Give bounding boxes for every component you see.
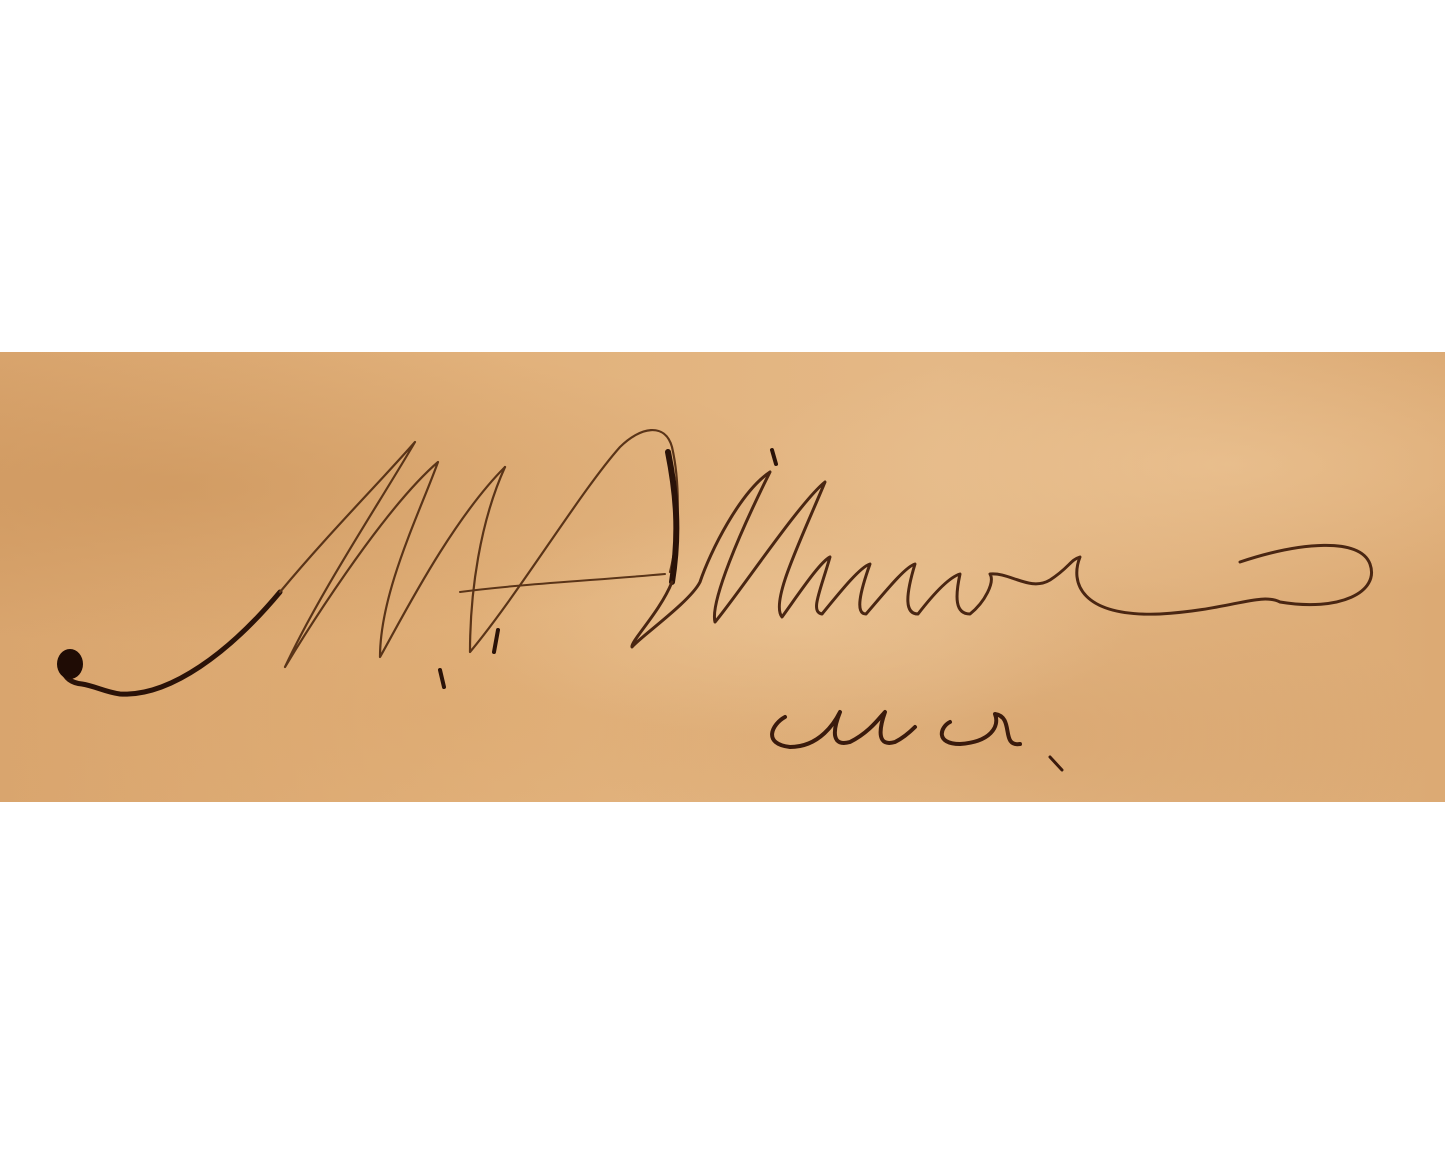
aged-paper-strip: M Fillmore M.C.	[0, 352, 1445, 802]
handwritten-signature	[0, 352, 1445, 802]
subscript-MC	[772, 712, 915, 747]
letters-illmore	[632, 472, 1372, 647]
signature-flourish	[63, 592, 280, 694]
letter-F	[470, 430, 678, 652]
